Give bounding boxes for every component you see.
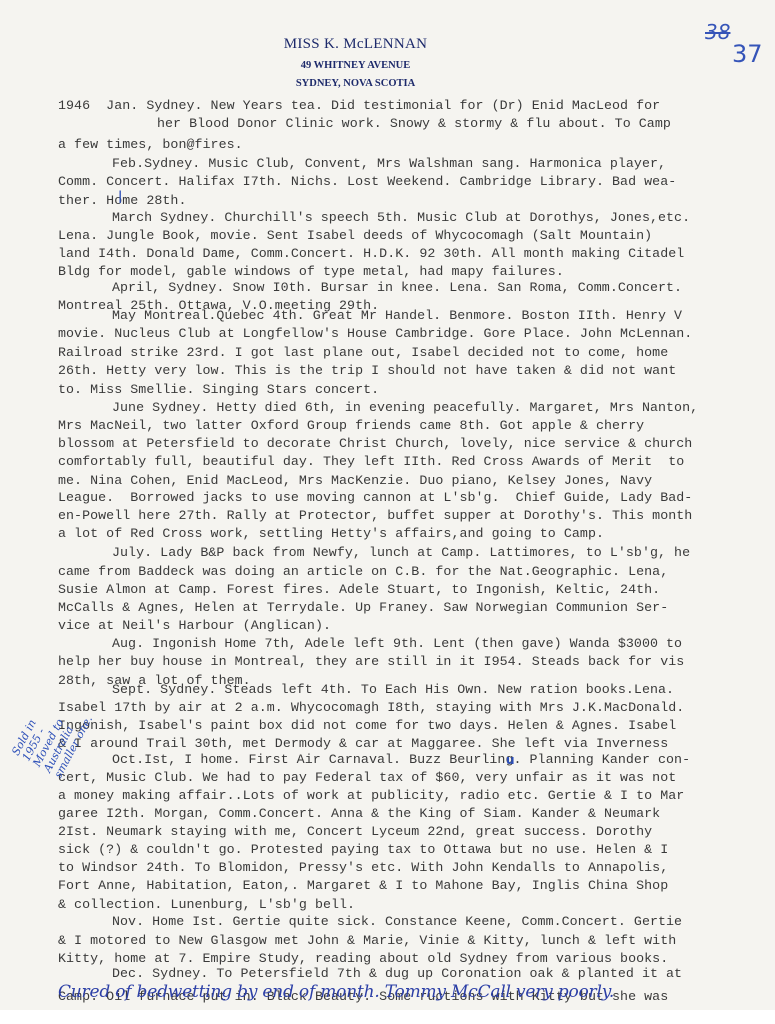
typed-line: 26th. Hetty very low. This is the trip I… <box>58 363 676 379</box>
typed-line: June Sydney. Hetty died 6th, in evening … <box>112 400 698 416</box>
typed-line: April, Sydney. Snow I0th. Bursar in knee… <box>112 280 682 296</box>
typed-line: July. Lady B&P back from Newfy, lunch at… <box>112 545 690 561</box>
typed-line: Ingonish, Isabel's paint box did not com… <box>58 718 676 734</box>
page-bottom-margin <box>0 1010 775 1024</box>
typed-line: March Sydney. Churchill's speech 5th. Mu… <box>112 210 690 226</box>
typed-line: Fort Anne, Habitation, Eaton,. Margaret … <box>58 878 668 894</box>
typed-line: Feb.Sydney. Music Club, Convent, Mrs Wal… <box>112 156 666 172</box>
handwritten-final-line: Cured of bedwetting by end of month. Tom… <box>58 982 614 1002</box>
typed-line: to. Miss Smellie. Singing Stars concert. <box>58 382 379 398</box>
typed-line: Nov. Home Ist. Gertie quite sick. Consta… <box>112 914 682 930</box>
typed-line: Oct.Ist, I home. First Air Carnaval. Buz… <box>112 752 690 768</box>
typed-line: land I4th. Donald Dame, Comm.Concert. H.… <box>58 246 684 262</box>
typed-line: Bldg for model, gable windows of type me… <box>58 264 564 280</box>
letterhead-name: MISS K. McLENNAN <box>0 36 743 53</box>
typed-line: 2Ist. Neumark staying with me, Concert L… <box>58 824 652 840</box>
typed-line: McCalls & Agnes, Helen at Terrydale. Up … <box>58 600 668 616</box>
typed-line: a lot of Red Cross work, settling Hetty'… <box>58 526 604 542</box>
typed-line: her Blood Donor Clinic work. Snowy & sto… <box>157 116 671 132</box>
typed-line: Susie Almon at Camp. Forest fires. Adele… <box>58 582 660 598</box>
letterhead-street: 49 WHITNEY AVENUE <box>0 60 743 71</box>
typed-line: & collection. Lunenburg, L'sb'g bell. <box>58 897 355 913</box>
typed-line: came from Baddeck was doing an article o… <box>58 564 668 580</box>
typed-line: me. Nina Cohen, Enid MacLeod, Mrs MacKen… <box>58 473 652 489</box>
typed-line: help her buy house in Montreal, they are… <box>58 654 684 670</box>
typed-line: vice at Neil's Harbour (Anglican). <box>58 618 331 634</box>
typed-line: Kitty, home at 7. Empire Study, reading … <box>58 951 668 967</box>
typed-line: Dec. Sydney. To Petersfield 7th & dug up… <box>112 966 682 982</box>
typed-line: Comm. Concert. Halifax I7th. Nichs. Lost… <box>58 174 676 190</box>
letterhead-city: SYDNEY, NOVA SCOTIA <box>0 78 743 89</box>
ink-correction-mark: u <box>506 753 515 767</box>
typed-line: Aug. Ingonish Home 7th, Adele left 9th. … <box>112 636 682 652</box>
typed-line: 1946 Jan. Sydney. New Years tea. Did tes… <box>58 98 660 114</box>
typed-line: comfortably full, beautiful day. They le… <box>58 454 684 470</box>
typed-line: garee I2th. Morgan, Comm.Concert. Anna &… <box>58 806 660 822</box>
typed-line: movie. Nucleus Club at Longfellow's Hous… <box>58 326 692 342</box>
typed-line: May Montreal.Quebec 4th. Great Mr Handel… <box>112 308 682 324</box>
typed-line: & I around Trail 30th, met Dermody & car… <box>58 736 668 752</box>
typed-line: cert, Music Club. We had to pay Federal … <box>58 770 676 786</box>
typed-line: a money making affair..Lots of work at p… <box>58 788 684 804</box>
typed-line: Sept. Sydney. Steads left 4th. To Each H… <box>112 682 674 698</box>
typed-line: & I motored to New Glasgow met John & Ma… <box>58 933 676 949</box>
typed-line: League. Borrowed jacks to use moving can… <box>58 490 692 506</box>
typed-line: to Windsor 24th. To Blomidon, Pressy's e… <box>58 860 668 876</box>
page-number: 37 <box>732 40 763 68</box>
typed-line: sick (?) & couldn't go. Protested paying… <box>58 842 668 858</box>
typed-line: Lena. Jungle Book, movie. Sent Isabel de… <box>58 228 652 244</box>
typed-line: en-Powell here 27th. Rally at Protector,… <box>58 508 692 524</box>
typed-line: Railroad strike 23rd. I got last plane o… <box>58 345 668 361</box>
typed-line: Mrs MacNeil, two latter Oxford Group fri… <box>58 418 644 434</box>
typed-line: Isabel 17th by air at 2 a.m. Whycocomagh… <box>58 700 684 716</box>
typed-line: a few times, bon@fires. <box>58 137 243 153</box>
ink-correction-mark: | <box>118 189 122 203</box>
typed-line: blossom at Petersfield to decorate Chris… <box>58 436 692 452</box>
page-number-crossed-out: 38 <box>705 20 730 44</box>
